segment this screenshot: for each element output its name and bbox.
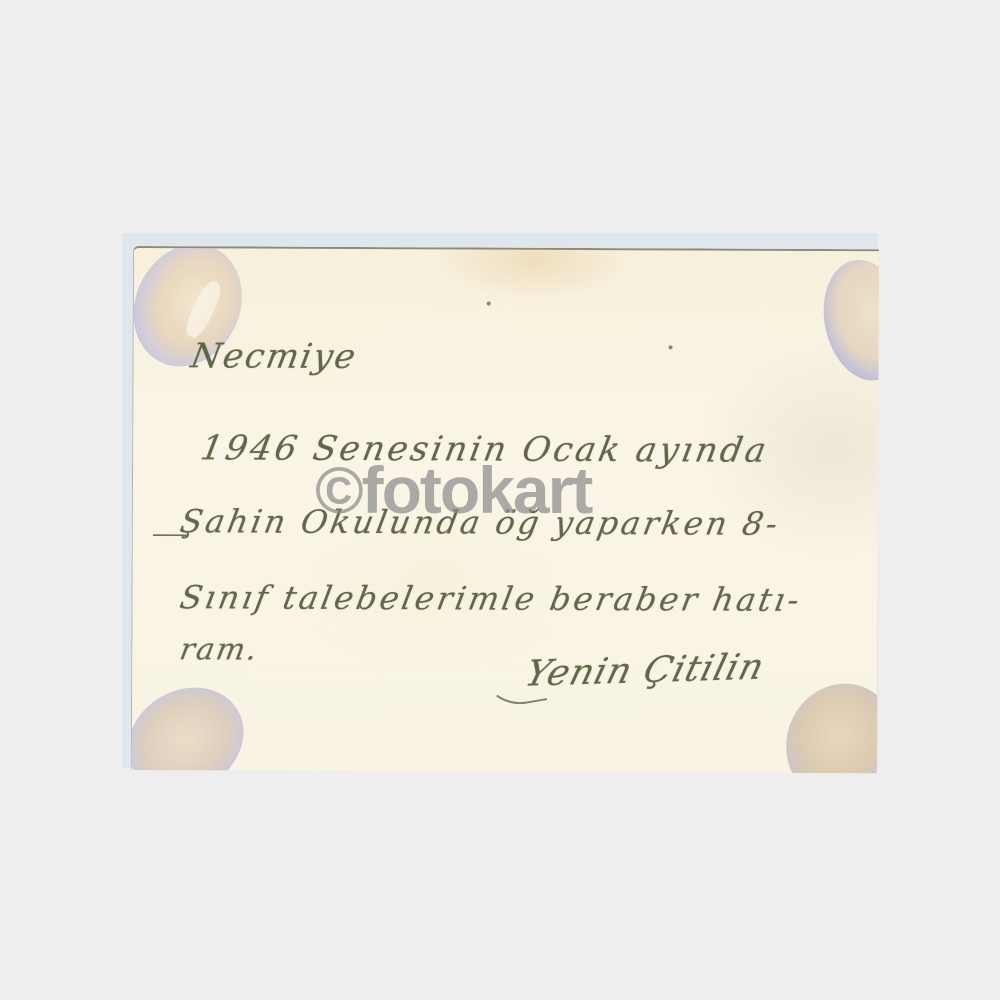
viewer-stage: Necmiye 1946 Senesinin Ocak ayında Şahin… xyxy=(0,0,1000,1000)
corner-stain-top-right xyxy=(813,252,879,388)
ink-speck xyxy=(669,345,673,349)
text-line-3: Sınıf talebelerimle beraber hatı- xyxy=(177,578,805,619)
signature: Yenin Çitilin xyxy=(521,647,769,695)
corner-stain-bottom-left xyxy=(131,667,263,773)
handwritten-card: Necmiye 1946 Senesinin Ocak ayında Şahin… xyxy=(131,246,879,773)
salutation: Necmiye xyxy=(188,336,361,377)
corner-stain-bottom-right xyxy=(769,668,879,773)
text-line-2: Şahin Okulunda öğ yaparken 8- xyxy=(177,502,783,543)
text-line-1: 1946 Senesinin Ocak ayında xyxy=(198,428,773,470)
ink-speck xyxy=(487,302,491,306)
text-line-4: ram. xyxy=(177,632,262,667)
